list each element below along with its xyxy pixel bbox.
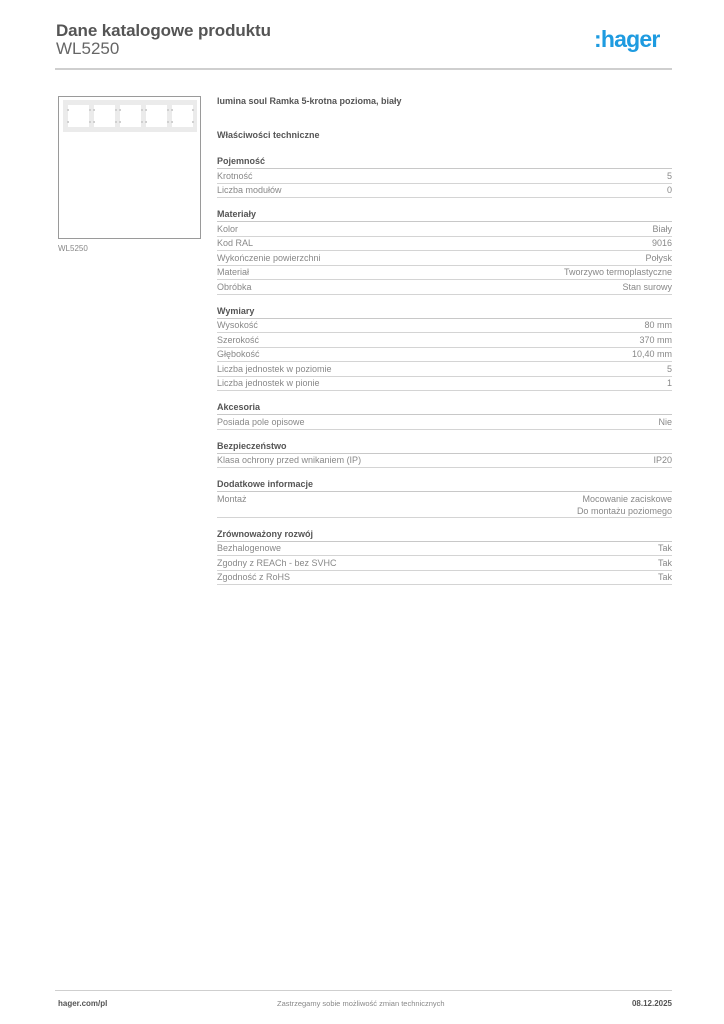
spec-value-line: Biały <box>652 223 672 235</box>
spec-label: Materiał <box>217 266 249 279</box>
spec-group: Dodatkowe informacjeMontażMocowanie zaci… <box>217 478 672 518</box>
spec-label: Montaż <box>217 493 247 517</box>
spec-row: Szerokość370 mm <box>217 333 672 348</box>
spec-label: Posiada pole opisowe <box>217 416 305 429</box>
spec-value: IP20 <box>653 454 672 467</box>
section-title: Właściwości techniczne <box>217 129 672 155</box>
hager-logo: :hager <box>594 28 660 51</box>
spec-label: Kolor <box>217 223 238 236</box>
spec-row: MontażMocowanie zaciskoweDo montażu pozi… <box>217 492 672 518</box>
spec-label: Obróbka <box>217 281 252 294</box>
spec-label: Zgodność z RoHS <box>217 571 290 584</box>
product-name: lumina soul Ramka 5-krotna pozioma, biał… <box>217 95 672 129</box>
spec-row: KolorBiały <box>217 222 672 237</box>
spec-row: Kod RAL9016 <box>217 237 672 252</box>
spec-value: 0 <box>667 184 672 197</box>
spec-group: AkcesoriaPosiada pole opisoweNie <box>217 401 672 430</box>
spec-group: MateriałyKolorBiałyKod RAL9016Wykończeni… <box>217 208 672 295</box>
spec-group-title: Materiały <box>217 208 672 222</box>
product-image <box>58 96 201 239</box>
spec-label: Wykończenie powierzchni <box>217 252 320 265</box>
spec-group-title: Dodatkowe informacje <box>217 478 672 492</box>
spec-label: Szerokość <box>217 334 259 347</box>
footer-disclaimer: Zastrzegamy sobie możliwość zmian techni… <box>277 999 445 1008</box>
spec-value-line: Mocowanie zaciskowe <box>577 493 672 505</box>
spec-value: 5 <box>667 363 672 376</box>
spec-value: 370 mm <box>639 334 672 347</box>
spec-value-line: 5 <box>667 363 672 375</box>
spec-value-line: IP20 <box>653 454 672 466</box>
spec-value-line: Tak <box>658 542 672 554</box>
spec-row: MateriałTworzywo termoplastyczne <box>217 266 672 281</box>
spec-value: 9016 <box>652 237 672 250</box>
spec-value-line: Stan surowy <box>622 281 672 293</box>
spec-value: Tak <box>658 571 672 584</box>
spec-value: Połysk <box>645 252 672 265</box>
spec-value-line: 10,40 mm <box>632 348 672 360</box>
spec-value-line: 370 mm <box>639 334 672 346</box>
spec-row: Liczba modułów0 <box>217 184 672 199</box>
spec-value-line: 9016 <box>652 237 672 249</box>
spec-value-line: Tak <box>658 557 672 569</box>
spec-row: Liczba jednostek w poziomie5 <box>217 362 672 377</box>
footer-website-link[interactable]: hager.com/pl <box>58 999 107 1008</box>
spec-row: ObróbkaStan surowy <box>217 280 672 295</box>
product-code: WL5250 <box>56 39 119 59</box>
spec-label: Klasa ochrony przed wnikaniem (IP) <box>217 454 361 467</box>
header-divider <box>55 68 672 70</box>
spec-value: Tak <box>658 557 672 570</box>
spec-row: Zgodny z REACh - bez SVHCTak <box>217 556 672 571</box>
spec-group-title: Bezpieczeństwo <box>217 440 672 454</box>
spec-value: Tworzywo termoplastyczne <box>564 266 672 279</box>
spec-value: 80 mm <box>644 319 672 332</box>
image-caption: WL5250 <box>58 244 88 253</box>
spec-value: Mocowanie zaciskoweDo montażu poziomego <box>577 493 672 517</box>
spec-row: Krotność5 <box>217 169 672 184</box>
spec-value-line: 0 <box>667 184 672 196</box>
footer-date: 08.12.2025 <box>632 999 672 1008</box>
spec-value: Biały <box>652 223 672 236</box>
spec-row: Zgodność z RoHSTak <box>217 571 672 586</box>
spec-value-line: 1 <box>667 377 672 389</box>
spec-row: BezhalogenoweTak <box>217 542 672 557</box>
spec-row: Wykończenie powierzchniPołysk <box>217 251 672 266</box>
spec-value: Stan surowy <box>622 281 672 294</box>
spec-value-line: 80 mm <box>644 319 672 331</box>
spec-group-title: Wymiary <box>217 305 672 319</box>
spec-value-line: Tworzywo termoplastyczne <box>564 266 672 278</box>
spec-label: Kod RAL <box>217 237 253 250</box>
spec-label: Bezhalogenowe <box>217 542 281 555</box>
spec-value: Tak <box>658 542 672 555</box>
spec-label: Krotność <box>217 170 253 183</box>
specs-content: lumina soul Ramka 5-krotna pozioma, biał… <box>217 95 672 595</box>
spec-label: Liczba jednostek w pionie <box>217 377 320 390</box>
spec-row: Głębokość10,40 mm <box>217 348 672 363</box>
spec-value-line: Nie <box>658 416 672 428</box>
spec-label: Zgodny z REACh - bez SVHC <box>217 557 337 570</box>
spec-label: Wysokość <box>217 319 258 332</box>
spec-label: Liczba jednostek w poziomie <box>217 363 332 376</box>
spec-group-title: Pojemność <box>217 155 672 169</box>
spec-value: 10,40 mm <box>632 348 672 361</box>
spec-row: Wysokość80 mm <box>217 319 672 334</box>
spec-value: Nie <box>658 416 672 429</box>
footer-divider <box>55 990 672 991</box>
spec-groups: PojemnośćKrotność5Liczba modułów0Materia… <box>217 155 672 585</box>
spec-value: 1 <box>667 377 672 390</box>
spec-row: Klasa ochrony przed wnikaniem (IP)IP20 <box>217 454 672 469</box>
page-title: Dane katalogowe produktu <box>56 21 271 41</box>
spec-label: Liczba modułów <box>217 184 282 197</box>
frame-5-gang-icon <box>63 100 197 132</box>
spec-value-line: 5 <box>667 170 672 182</box>
spec-value-line: Tak <box>658 571 672 583</box>
spec-group: Zrównoważony rozwójBezhalogenoweTakZgodn… <box>217 528 672 586</box>
spec-value-line: Do montażu poziomego <box>577 505 672 517</box>
spec-row: Posiada pole opisoweNie <box>217 415 672 430</box>
spec-group: WymiaryWysokość80 mmSzerokość370 mmGłębo… <box>217 305 672 392</box>
spec-group: BezpieczeństwoKlasa ochrony przed wnikan… <box>217 440 672 469</box>
spec-group-title: Zrównoważony rozwój <box>217 528 672 542</box>
spec-value-line: Połysk <box>645 252 672 264</box>
spec-group: PojemnośćKrotność5Liczba modułów0 <box>217 155 672 198</box>
spec-row: Liczba jednostek w pionie1 <box>217 377 672 392</box>
spec-label: Głębokość <box>217 348 260 361</box>
spec-value: 5 <box>667 170 672 183</box>
spec-group-title: Akcesoria <box>217 401 672 415</box>
